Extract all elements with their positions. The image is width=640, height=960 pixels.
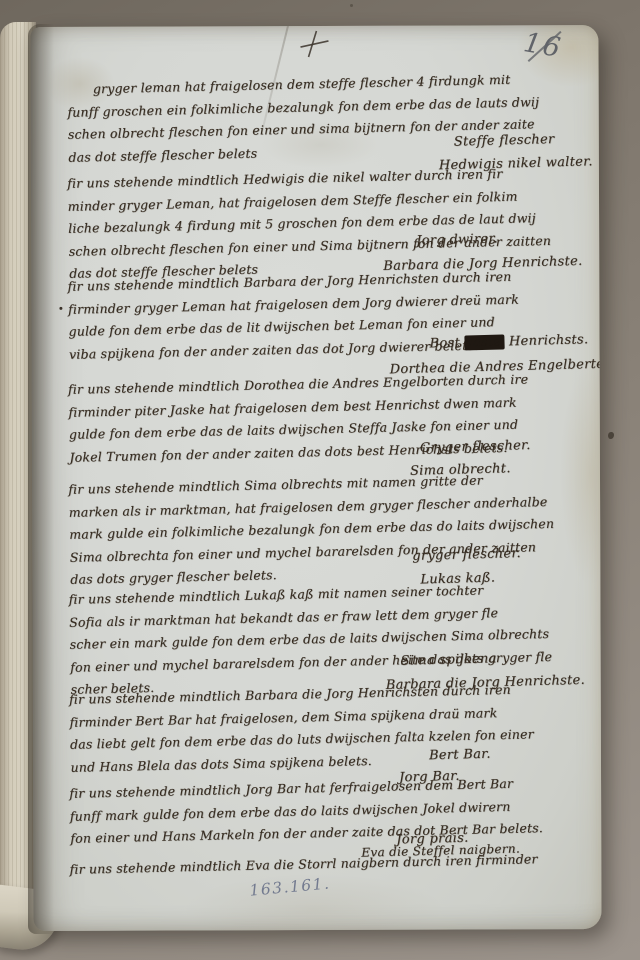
archival-number-pencil: 163.161. bbox=[249, 874, 331, 899]
manuscript-entry: fir uns stehende mindtlich Eva die Storr… bbox=[69, 847, 597, 881]
signature-text: Bost bbox=[429, 336, 460, 352]
manuscript-entry: fir uns stehende mindtlich Barbara der J… bbox=[67, 264, 597, 366]
page-edge-speck bbox=[608, 432, 614, 439]
background-speck bbox=[350, 4, 353, 7]
manuscript-page: 16 gryger leman hat fraigelosen dem stef… bbox=[30, 25, 601, 931]
cross-mark bbox=[298, 30, 330, 58]
signature-text: Henrichsts. bbox=[509, 332, 589, 349]
manuscript-entry: fir uns stehende mindtlich Barbara die J… bbox=[69, 677, 599, 779]
signature: Jorg dwirer. bbox=[416, 231, 498, 248]
manuscript-entry: fir uns stehende mindtlich Sima olbrecht… bbox=[68, 467, 598, 591]
signature: gryger flescher. bbox=[412, 546, 521, 564]
signature: Gryger flescher. bbox=[420, 438, 531, 456]
manuscript-entry: gryger leman hat fraigelosen dem steffe … bbox=[67, 67, 597, 169]
manuscript-entry: fir uns stehende mindtlich Jorg Bar hat … bbox=[69, 771, 598, 850]
photograph-background: 16 gryger leman hat fraigelosen dem stef… bbox=[0, 0, 640, 960]
manuscript-entry: fir uns stehende mindtlich Dorothea die … bbox=[68, 367, 598, 469]
strikethrough-blot: Jaste bbox=[464, 334, 504, 350]
signature: Steffe flescher bbox=[454, 132, 555, 150]
ink-dot bbox=[59, 307, 62, 310]
manuscript-line: fir uns stehende mindtlich Eva die Storr… bbox=[69, 847, 597, 881]
signature: Bert Bar. bbox=[429, 747, 491, 764]
signature: Sima spijkena bbox=[400, 651, 496, 669]
